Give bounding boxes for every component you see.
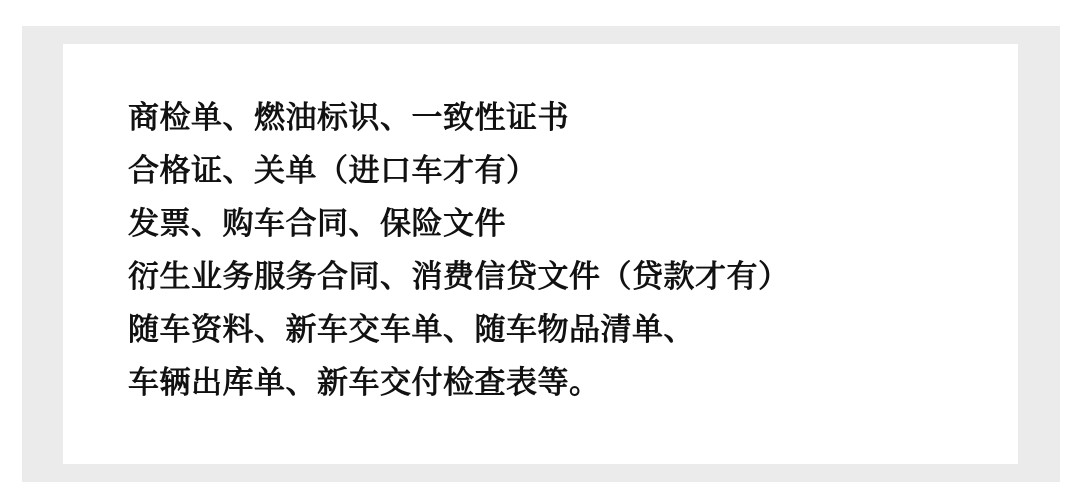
document-line-2: 合格证、关单（进口车才有） [128,145,790,198]
document-line-5: 随车资料、新车交车单、随车物品清单、 [128,304,790,357]
document-line-4: 衍生业务服务合同、消费信贷文件（贷款才有） [128,251,790,304]
content-card: 商检单、燃油标识、一致性证书 合格证、关单（进口车才有） 发票、购车合同、保险文… [63,44,1018,464]
document-line-6: 车辆出库单、新车交付检查表等。 [128,357,790,410]
outer-frame: 商检单、燃油标识、一致性证书 合格证、关单（进口车才有） 发票、购车合同、保险文… [22,26,1060,482]
document-line-3: 发票、购车合同、保险文件 [128,198,790,251]
document-list: 商检单、燃油标识、一致性证书 合格证、关单（进口车才有） 发票、购车合同、保险文… [128,92,790,410]
document-line-1: 商检单、燃油标识、一致性证书 [128,92,790,145]
